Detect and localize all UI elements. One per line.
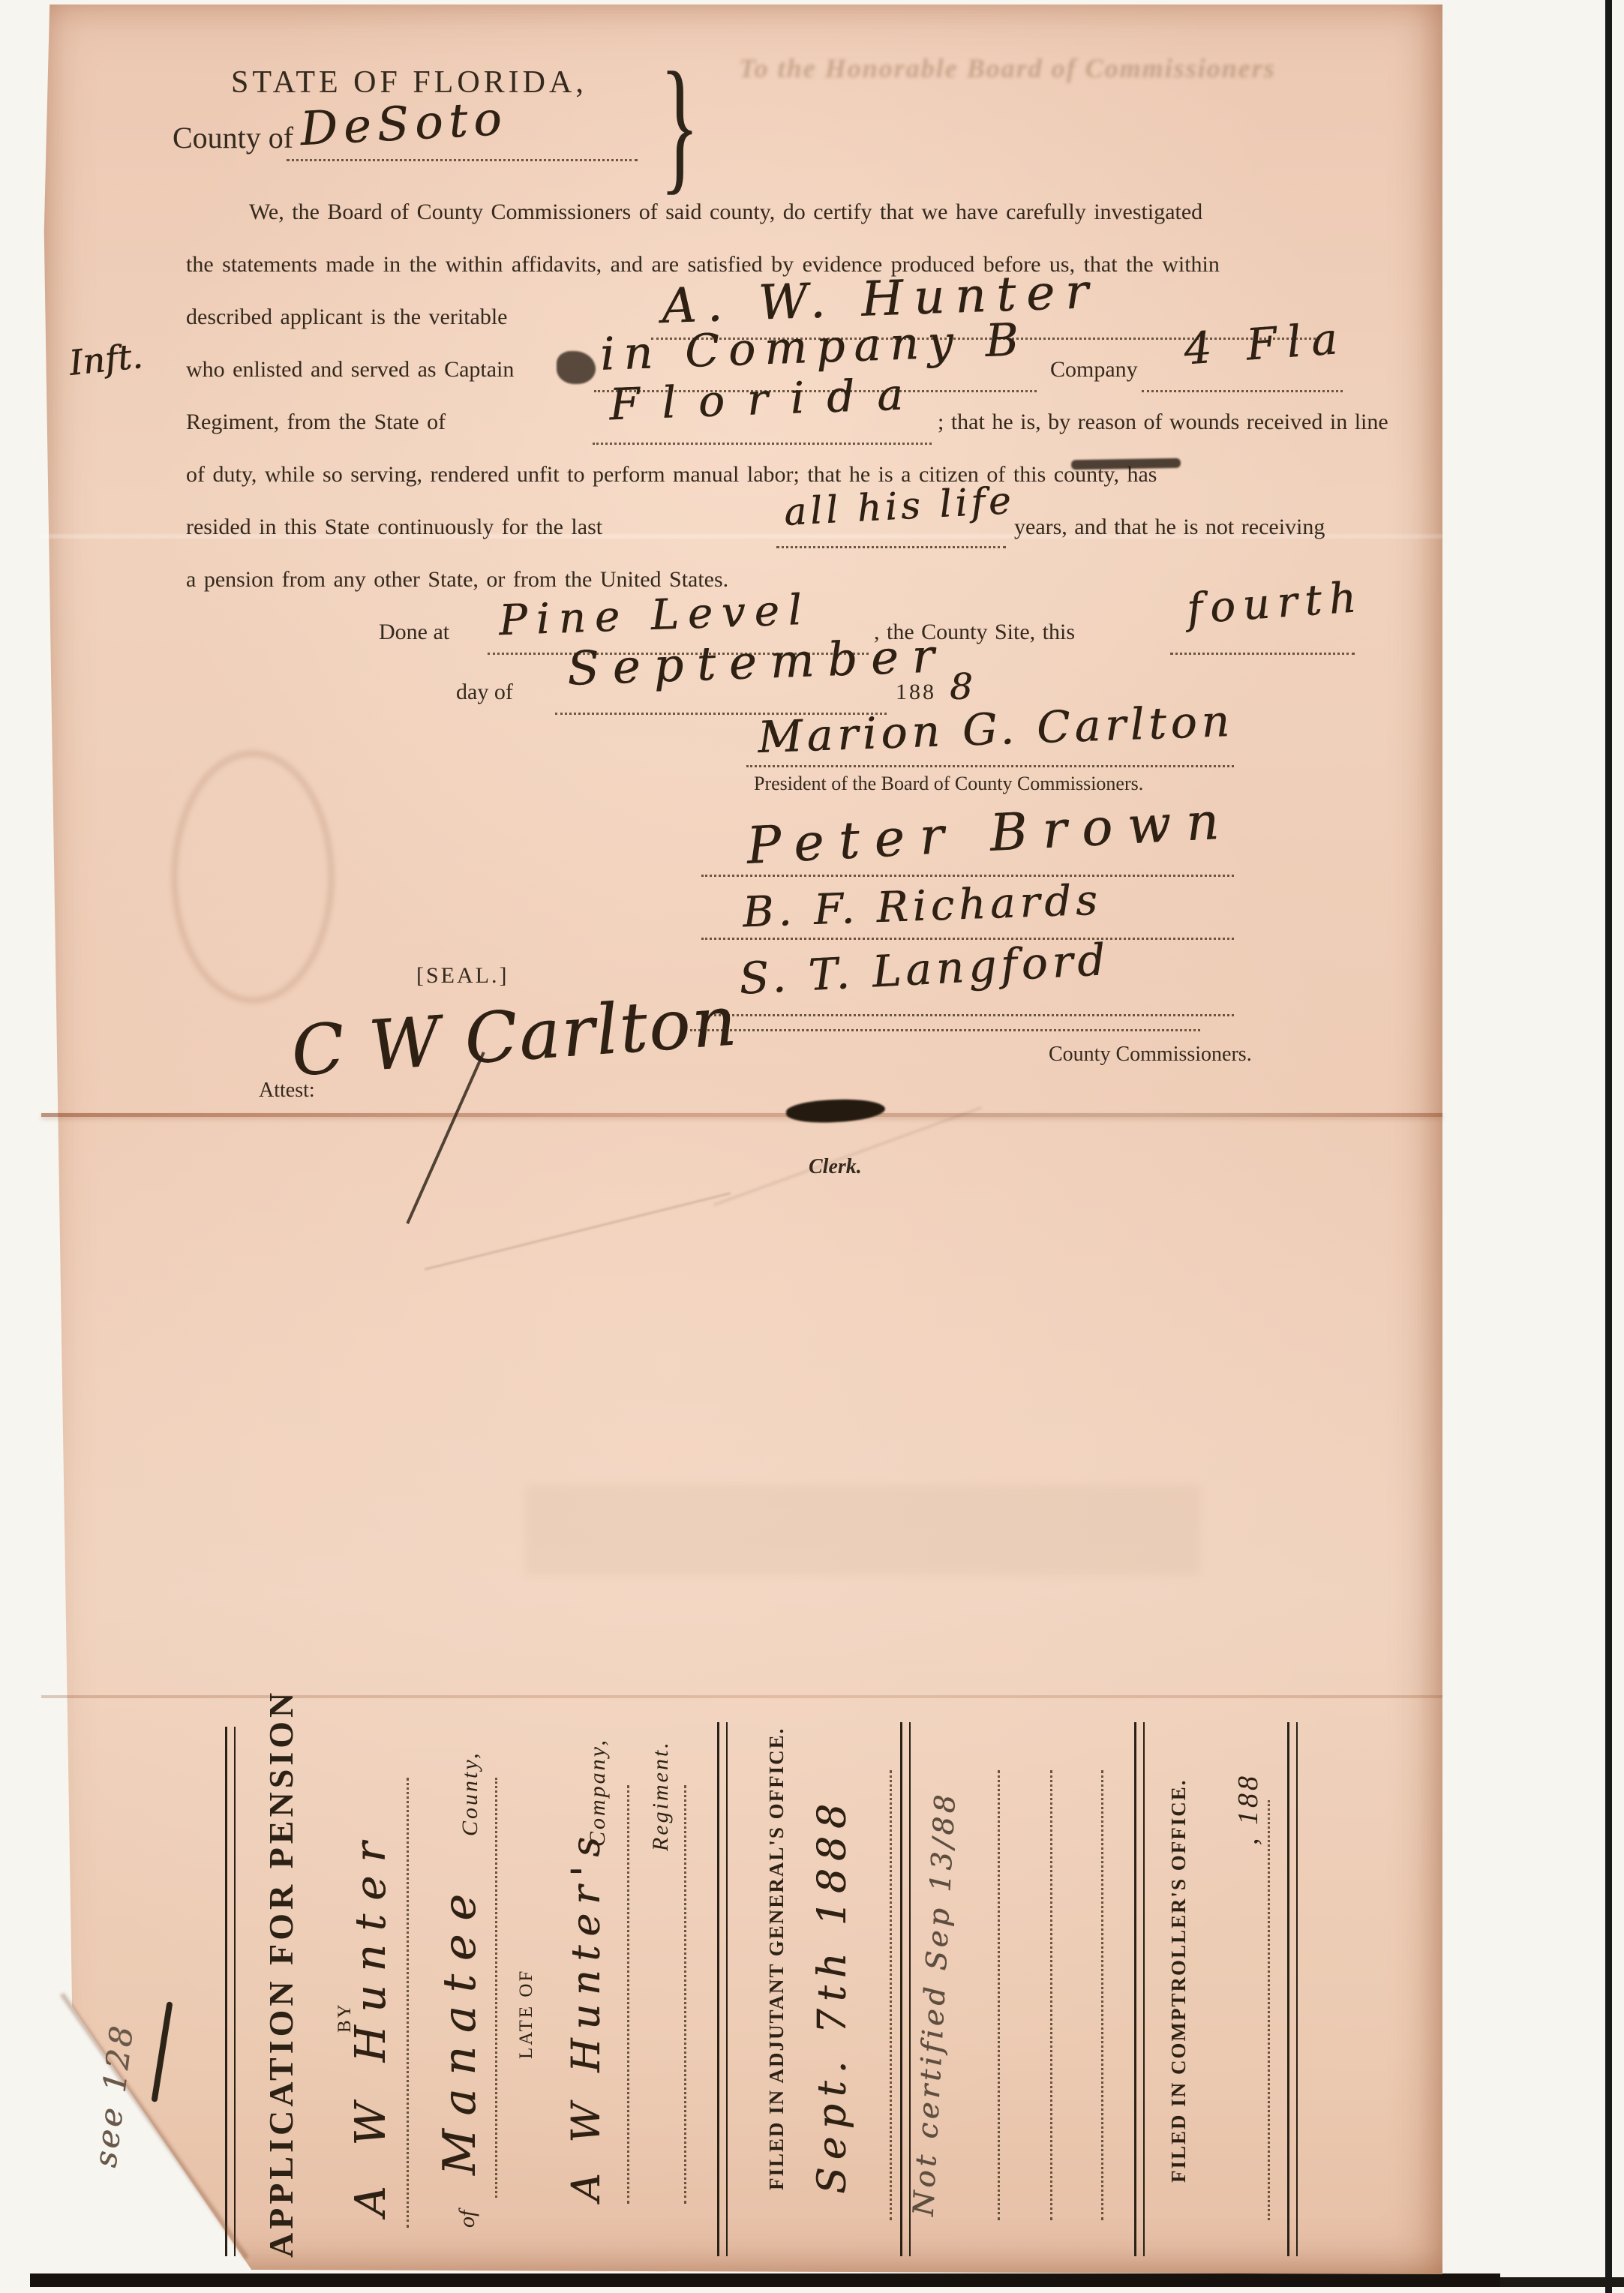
certify-line8: a pension from any other State, or from … bbox=[186, 567, 728, 593]
county-writing-line bbox=[287, 159, 638, 161]
scanner-bottom-strip bbox=[30, 2273, 1500, 2287]
residence-writing-line bbox=[776, 546, 1006, 548]
docket-of-label: of bbox=[455, 2175, 480, 2228]
docket-county-line bbox=[495, 1778, 497, 2198]
seal-label: [SEAL.] bbox=[416, 963, 509, 989]
docket-blank-line-3 bbox=[1101, 1770, 1103, 2220]
certify-line5-label: Regiment, from the State of bbox=[186, 410, 446, 435]
docket-county-value: Manatee bbox=[434, 1823, 486, 2175]
county-name-handwritten: DeSoto bbox=[299, 91, 509, 156]
scanner-edge-line bbox=[1605, 0, 1612, 2293]
docket-comptroller-line bbox=[1268, 1800, 1270, 2220]
docket-county-label: County, bbox=[458, 1725, 483, 1836]
docket-by-line bbox=[407, 1778, 409, 2228]
scanner-bottom-strip-right bbox=[1500, 2277, 1624, 2287]
company-writing-line bbox=[1142, 390, 1343, 392]
commissioners-label: County Commissioners. bbox=[1049, 1043, 1252, 1067]
year-printed: 188 bbox=[896, 680, 936, 705]
county-label: County of bbox=[173, 120, 293, 155]
bleedthrough-text: To the Honorable Board of Commissioners bbox=[739, 53, 1276, 84]
docket-rule-4 bbox=[1134, 1722, 1145, 2256]
docket-blank-line-1 bbox=[998, 1770, 1000, 2220]
commissioners-blank-line bbox=[690, 1029, 1200, 1031]
docket-by-value: A W Hunter bbox=[347, 1785, 395, 2216]
docket-company-value: A W Hunter's bbox=[564, 1823, 609, 2201]
day-of-label: day of bbox=[456, 680, 513, 705]
bleedthrough-middle bbox=[525, 1485, 1200, 1575]
certify-line7-label: resided in this State continuously for t… bbox=[186, 515, 602, 540]
docket-right-double-rule bbox=[1287, 1722, 1298, 2256]
docket-comptroller-label: FILED IN COMPTROLLER'S OFFICE. bbox=[1167, 1793, 1190, 2183]
docket-title: APPLICATION FOR PENSION bbox=[261, 1740, 301, 2258]
state-writing-line bbox=[593, 443, 932, 445]
docket-regiment-line bbox=[684, 1785, 686, 2204]
company-label: Company bbox=[1050, 357, 1138, 383]
commissioner-sig-line-2 bbox=[701, 938, 1234, 940]
docket-late-of-label: LATE OF bbox=[516, 1950, 537, 2059]
docket-adjutant-label: FILED IN ADJUTANT GENERAL'S OFFICE. bbox=[765, 1770, 788, 2190]
docket-rule-2 bbox=[717, 1722, 728, 2256]
docket-blank-line-2 bbox=[1050, 1770, 1052, 2220]
certify-line4-label: who enlisted and served as Captain bbox=[186, 357, 514, 383]
docket-company-line bbox=[627, 1785, 629, 2204]
done-at-label: Done at bbox=[379, 620, 449, 645]
year-digit-handwritten: 8 bbox=[950, 666, 973, 708]
docket-adjutant-date: Sept. 7th 1888 bbox=[810, 1785, 855, 2194]
header-brace: } bbox=[660, 39, 700, 211]
docket-adjutant-line bbox=[890, 1770, 892, 2220]
docket-comptroller-year: , 188 bbox=[1232, 1748, 1265, 1845]
docket-left-double-rule bbox=[225, 1727, 236, 2256]
day-writing-line bbox=[1170, 653, 1355, 655]
certify-line5-rest: ; that he is, by reason of wounds receiv… bbox=[938, 410, 1388, 435]
certify-line1: We, the Board of County Commissioners of… bbox=[249, 200, 1202, 225]
document-scan: To the Honorable Board of Commissioners … bbox=[0, 0, 1624, 2293]
ink-scribble-as bbox=[557, 351, 596, 384]
commissioner-sig-line-3 bbox=[701, 1014, 1234, 1016]
president-title: President of the Board of County Commiss… bbox=[754, 773, 1143, 795]
commissioner-sig-line-1 bbox=[701, 875, 1234, 877]
margin-note-infantry: Inft. bbox=[67, 335, 144, 383]
embossed-seal bbox=[171, 750, 335, 1004]
smudge-over-of-this bbox=[1071, 458, 1181, 470]
docket-regiment-label: Regiment. bbox=[648, 1725, 674, 1851]
certify-line3-label: described applicant is the veritable bbox=[186, 305, 508, 330]
docket-company-label: Company, bbox=[585, 1725, 611, 1847]
certify-line7-rest: years, and that he is not receiving bbox=[1014, 515, 1325, 540]
president-sig-line bbox=[746, 765, 1234, 767]
